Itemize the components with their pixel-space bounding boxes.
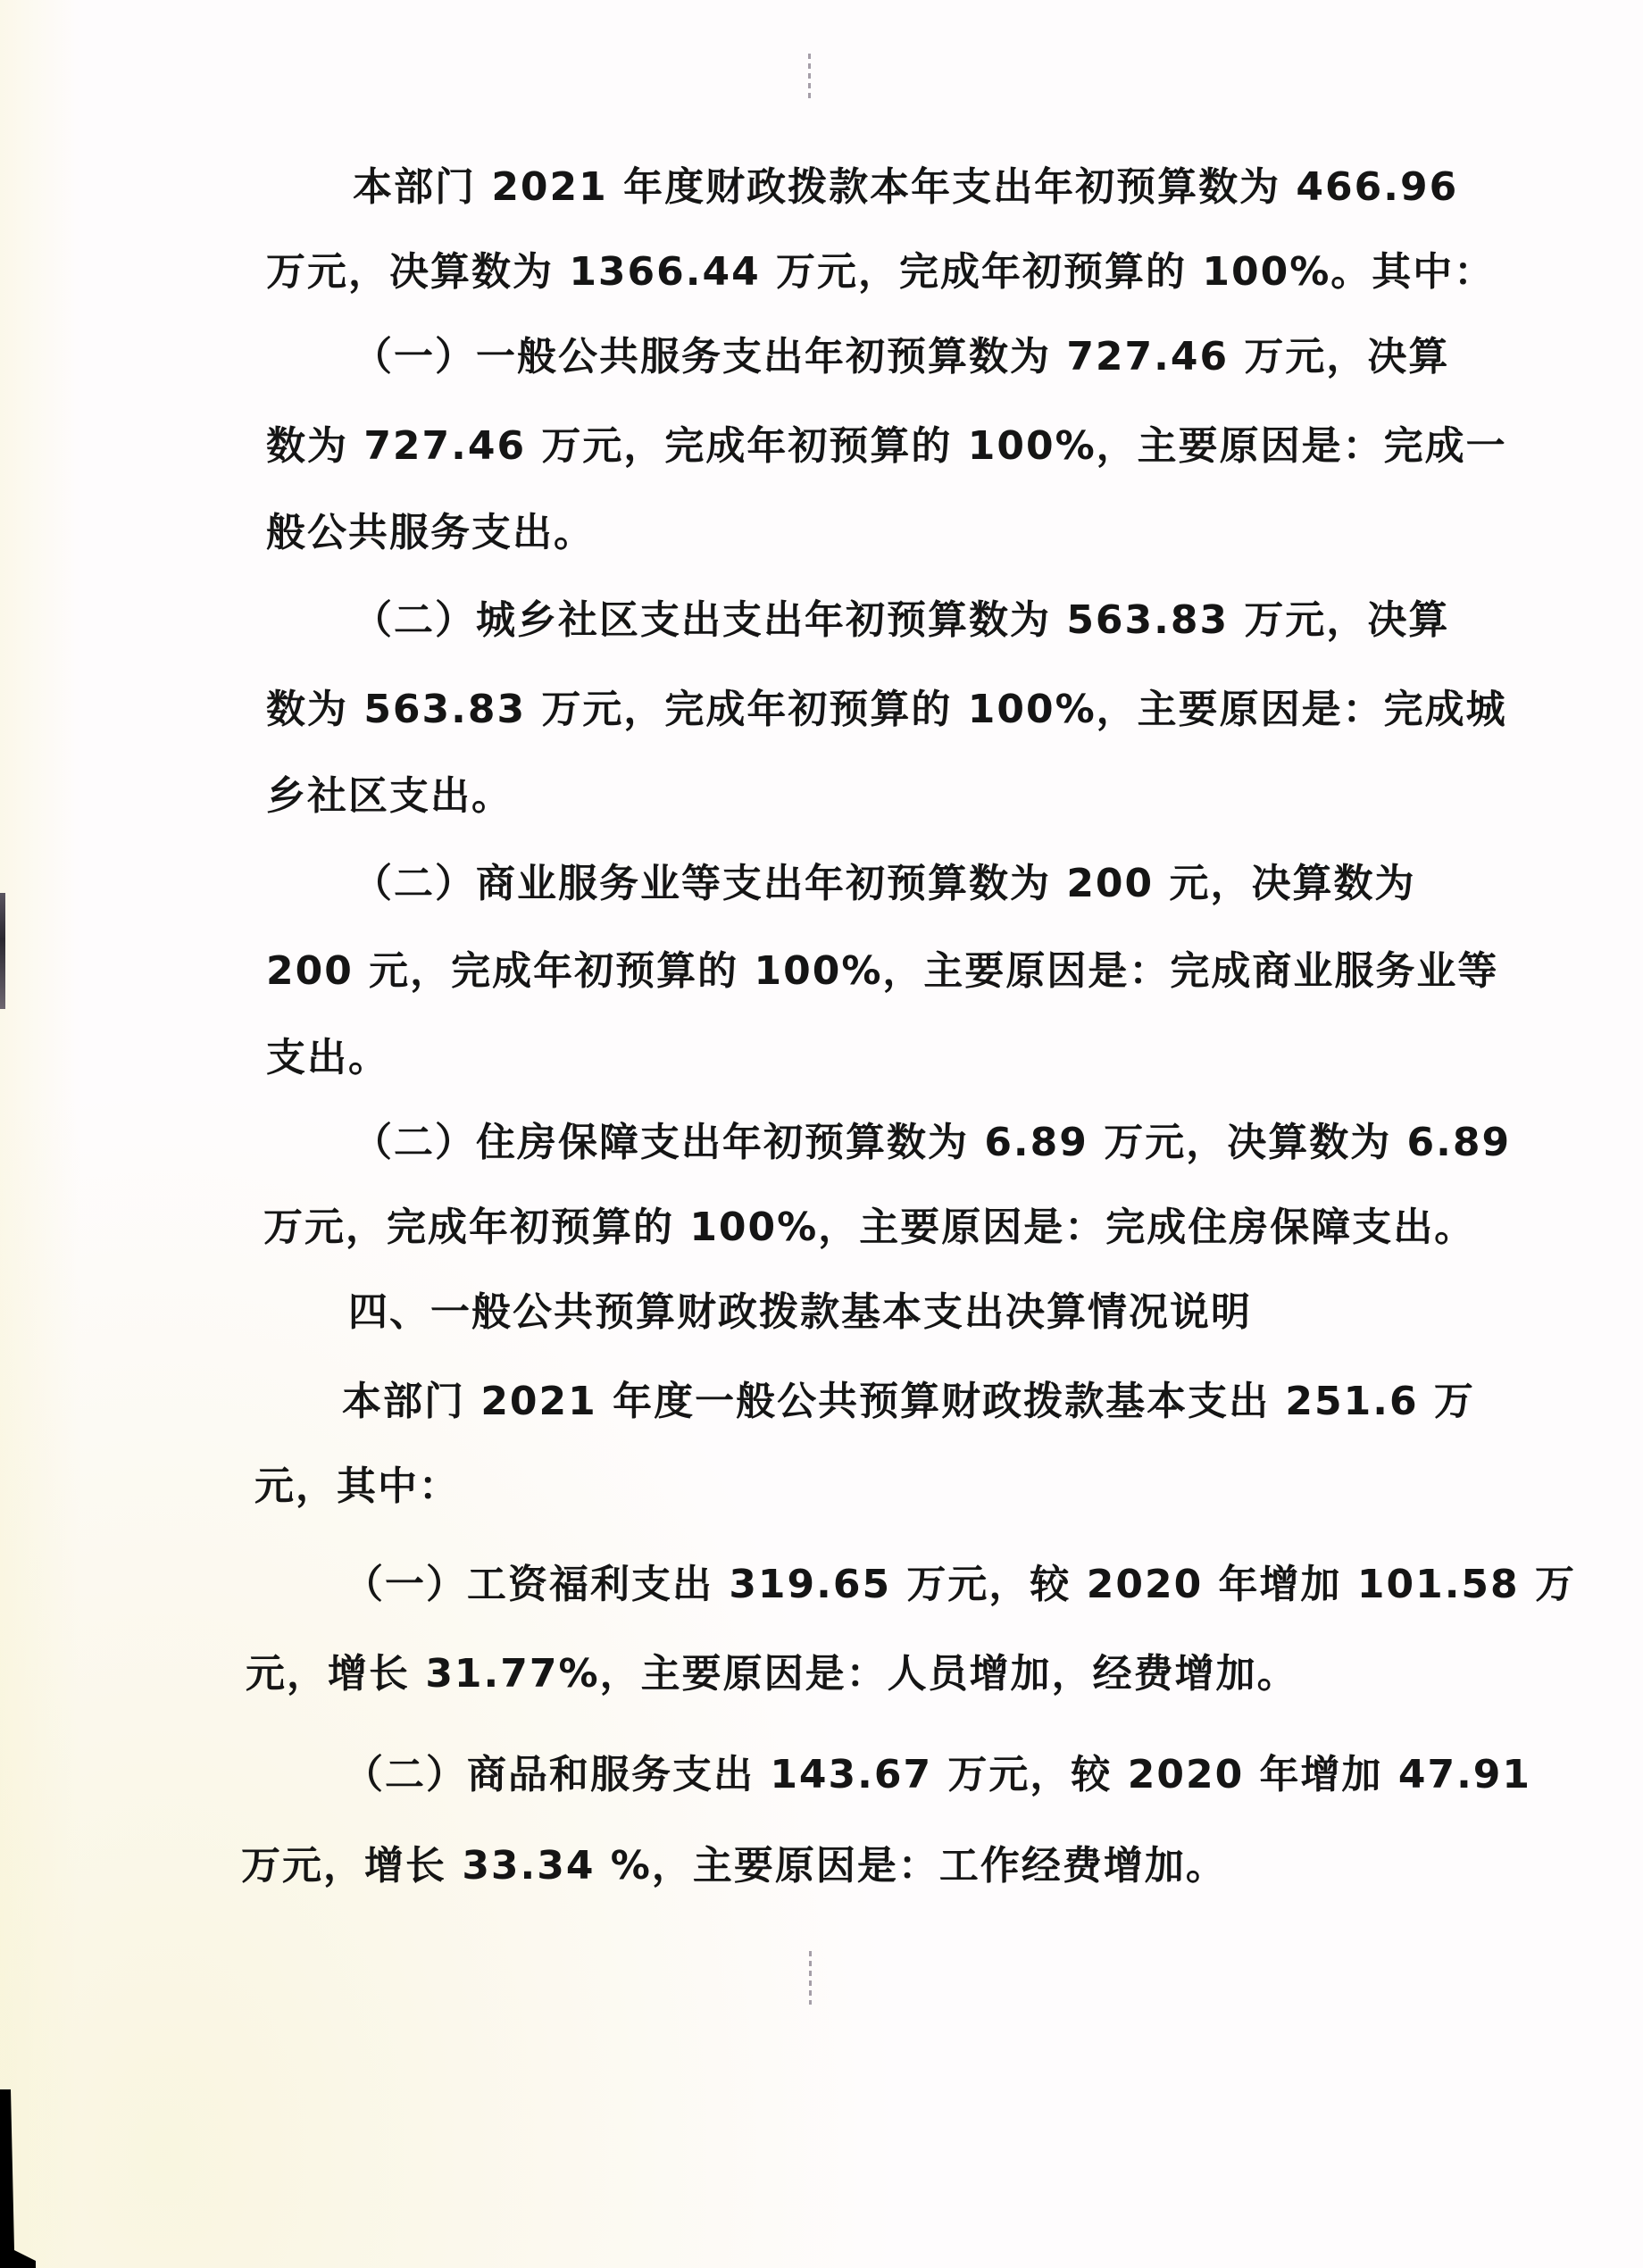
item-urban-rural-line-2: 数为 563.83 万元，完成年初预算的 100%，主要原因是：完成城 — [266, 683, 1507, 737]
item-housing-security-line-1: （二）住房保障支出年初预算数为 6.89 万元，决算数为 6.89 — [353, 1116, 1511, 1170]
section-4-heading: 四、一般公共预算财政拨款基本支出决算情况说明 — [348, 1286, 1252, 1339]
item-goods-services-line-1: （二）商品和服务支出 143.67 万元，较 2020 年增加 47.91 — [344, 1748, 1531, 1802]
scan-artifact-bottom — [809, 1951, 812, 2005]
scan-corner-shadow — [0, 2089, 36, 2268]
item-commercial-services-line-2: 200 元，完成年初预算的 100%，主要原因是：完成商业服务业等 — [266, 945, 1498, 998]
item-salary-welfare-line-2: 元，增长 31.77%，主要原因是：人员增加，经费增加。 — [246, 1647, 1298, 1701]
basic-expenditure-intro-line-1: 本部门 2021 年度一般公共预算财政拨款基本支出 251.6 万 — [342, 1375, 1475, 1429]
item-general-public-service-line-1: （一）一般公共服务支出年初预算数为 727.46 万元，决算 — [353, 330, 1449, 384]
scan-edge-mark — [0, 893, 5, 1009]
item-urban-rural-line-3: 乡社区支出。 — [266, 770, 513, 823]
item-salary-welfare-line-1: （一）工资福利支出 319.65 万元，较 2020 年增加 101.58 万 — [344, 1558, 1576, 1612]
scanned-page: 本部门 2021 年度财政拨款本年支出年初预算数为 466.96 万元，决算数为… — [0, 0, 1643, 2268]
item-urban-rural-line-1: （二）城乡社区支出支出年初预算数为 563.83 万元，决算 — [353, 594, 1449, 647]
paragraph-intro-line-1: 本部门 2021 年度财政拨款本年支出年初预算数为 466.96 — [353, 161, 1458, 214]
item-commercial-services-line-1: （二）商业服务业等支出年初预算数为 200 元，决算数为 — [353, 857, 1415, 911]
item-housing-security-line-2: 万元，完成年初预算的 100%，主要原因是：完成住房保障支出。 — [263, 1201, 1475, 1255]
item-commercial-services-line-3: 支出。 — [266, 1031, 389, 1085]
paragraph-intro-line-2: 万元，决算数为 1366.44 万元，完成年初预算的 100%。其中： — [266, 246, 1495, 299]
scan-artifact-top — [808, 54, 811, 103]
item-goods-services-line-2: 万元，增长 33.34 %，主要原因是：工作经费增加。 — [241, 1839, 1227, 1893]
basic-expenditure-intro-line-2: 元，其中： — [254, 1460, 460, 1513]
item-general-public-service-line-2: 数为 727.46 万元，完成年初预算的 100%，主要原因是：完成一 — [266, 420, 1507, 473]
item-general-public-service-line-3: 般公共服务支出。 — [266, 506, 595, 560]
